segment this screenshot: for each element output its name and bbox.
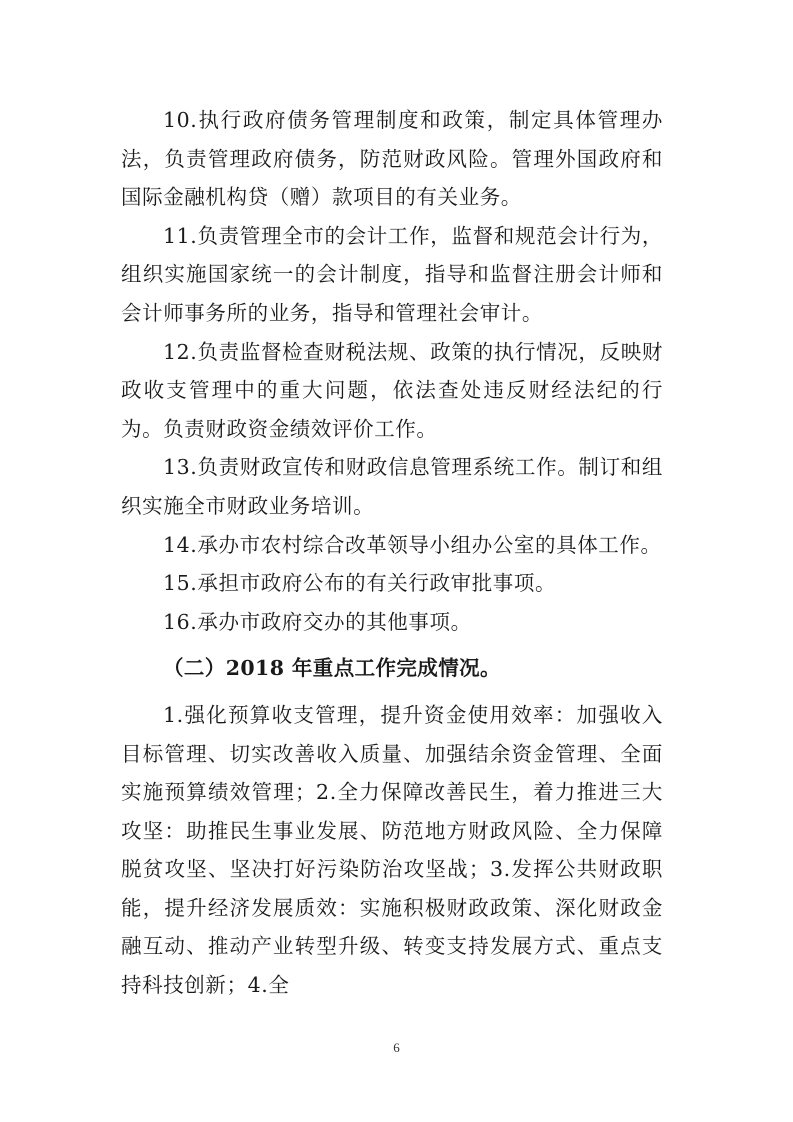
document-body: 10.执行政府债务管理制度和政策，制定具体管理办法，负责管理政府债务，防范财政风… bbox=[121, 101, 663, 1005]
paragraph-item-13: 13.负责财政宣传和财政信息管理系统工作。制订和组织实施全市财政业务培训。 bbox=[121, 448, 663, 525]
paragraph-item-11: 11.负责管理全市的会计工作，监督和规范会计行为，组织实施国家统一的会计制度，指… bbox=[121, 217, 663, 333]
section-heading: （二）2018 年重点工作完成情况。 bbox=[121, 641, 663, 696]
document-page: 10.执行政府债务管理制度和政策，制定具体管理办法，负责管理政府债务，防范财政风… bbox=[0, 0, 793, 1122]
paragraph-item-16: 16.承办市政府交办的其他事项。 bbox=[121, 603, 663, 642]
paragraph-item-10: 10.执行政府债务管理制度和政策，制定具体管理办法，负责管理政府债务，防范财政风… bbox=[121, 101, 663, 217]
paragraph-item-12: 12.负责监督检查财税法规、政策的执行情况，反映财政收支管理中的重大问题，依法查… bbox=[121, 333, 663, 449]
page-number: 6 bbox=[0, 1040, 793, 1056]
paragraph-item-14: 14.承办市农村综合改革领导小组办公室的具体工作。 bbox=[121, 526, 663, 565]
paragraph-item-15: 15.承担市政府公布的有关行政审批事项。 bbox=[121, 564, 663, 603]
paragraph-key-work: 1.强化预算收支管理，提升资金使用效率：加强收入目标管理、切实改善收入质量、加强… bbox=[121, 696, 663, 1005]
